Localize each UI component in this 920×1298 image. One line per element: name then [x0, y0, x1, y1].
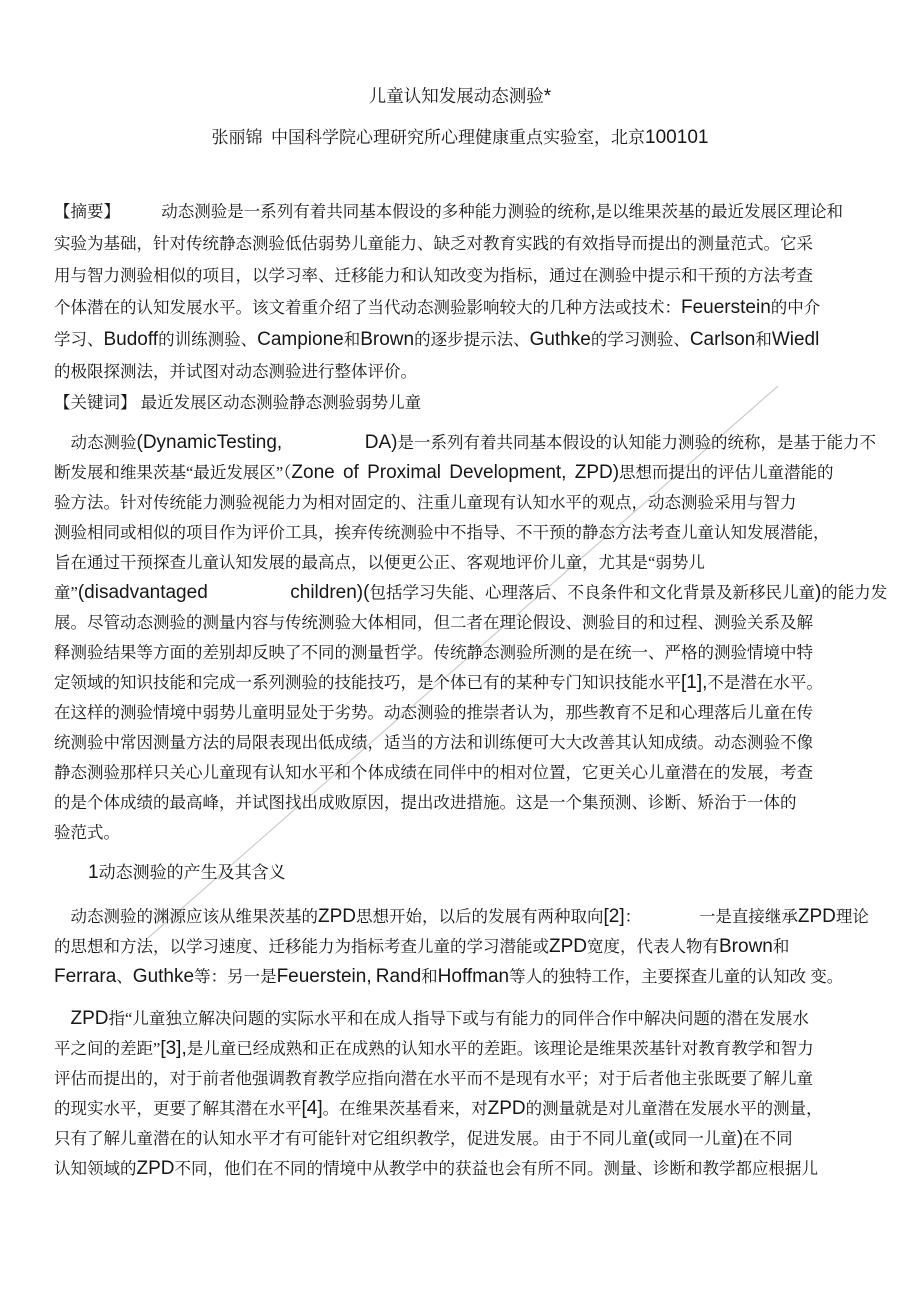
section-1-heading: 1动态测验的产生及其含义: [54, 858, 286, 888]
text-line: 释测验结果等方面的差别却反映了不同的测量哲学。传统静态测验所测的是在统一、严格的…: [54, 638, 900, 668]
section-1-paragraph-2: ZPD指“儿童独立解决问题的实际水平和在成人指导下或与有能力的同伴合作中解决问题…: [54, 1004, 900, 1184]
text-line: 断发展和维果茨基“最近发展区”（Zone of Proximal Develop…: [54, 458, 900, 488]
keywords-line: 【关键词】 最近发展区动态测验静态测验弱势儿童: [54, 388, 900, 418]
text-line: 学习、Budoff的训练测验、Campione和Brown的逐步提示法、Guth…: [54, 324, 900, 356]
section-1-paragraph-1: 动态测验的渊源应该从维果茨基的ZPD思想开始，以后的发展有两种取向[2]： 一是…: [54, 902, 900, 992]
text-line: 的思想和方法，以学习速度、迁移能力为指标考查儿童的学习潜能或ZPD宽度，代表人物…: [54, 932, 900, 962]
text-line: 统测验中常因测量方法的局限表现出低成绩，适当的方法和训练便可大大改善其认知成绩。…: [54, 728, 900, 758]
author-affiliation-line: 张丽锦 中国科学院心理研究所心理健康重点实验室，北京100101: [0, 126, 920, 150]
text-line: 动态测验的渊源应该从维果茨基的ZPD思想开始，以后的发展有两种取向[2]： 一是…: [54, 902, 900, 932]
intro-paragraph: 动态测验(DynamicTesting, DA)是一系列有着共同基本假设的认知能…: [54, 428, 900, 848]
text-line: 动态测验(DynamicTesting, DA)是一系列有着共同基本假设的认知能…: [54, 428, 900, 458]
text-line: 实验为基础，针对传统静态测验低估弱势儿童能力、缺乏对教育实践的有效指导而提出的测…: [54, 228, 900, 260]
abstract-section: 【摘要】 动态测验是一系列有着共同基本假设的多种能力测验的统称,是以维果茨基的最…: [54, 196, 900, 388]
text-line: 验范式。: [54, 818, 900, 848]
text-line: 评估而提出的，对于前者他强调教育教学应指向潜在水平而不是现有水平；对于后者他主张…: [54, 1064, 900, 1094]
text-line: 验方法。针对传统能力测验视能力为相对固定的、注重儿童现有认知水平的观点，动态测验…: [54, 488, 900, 518]
text-line: 的是个体成绩的最高峰，并试图找出成败原因，提出改进措施。这是一个集预测、诊断、矫…: [54, 788, 900, 818]
text-line: 平之间的差距”[3],是儿童已经成熟和正在成熟的认知水平的差距。该理论是维果茨基…: [54, 1034, 900, 1064]
text-line: ZPD指“儿童独立解决问题的实际水平和在成人指导下或与有能力的同伴合作中解决问题…: [54, 1004, 900, 1034]
text-line: 用与智力测验相似的项目，以学习率、迁移能力和认知改变为指标，通过在测验中提示和干…: [54, 260, 900, 292]
text-line: 的极限探测法，并试图对动态测验进行整体评价。: [54, 356, 900, 388]
text-line: Ferrara、Guthke等：另一是Feuerstein, Rand和Hoff…: [54, 962, 900, 992]
text-line: 测验相同或相似的项目作为评价工具，挨弃传统测验中不指导、不干预的静态方法考查儿童…: [54, 518, 900, 548]
text-line: 个体潜在的认知发展水平。该文着重介绍了当代动态测验影响较大的几种方法或技术：Fe…: [54, 292, 900, 324]
text-line: 在这样的测验情境中弱势儿童明显处于劣势。动态测验的推崇者认为，那些教育不足和心理…: [54, 698, 900, 728]
text-line: 童”(disadvantaged children)(包括学习失能、心理落后、不…: [54, 578, 900, 608]
text-line: 的现实水平，更要了解其潜在水平[4]。在维果茨基看来，对ZPD的测量就是对儿童潜…: [54, 1094, 900, 1124]
text-line: 展。尽管动态测验的测量内容与传统测验大体相同，但二者在理论假设、测验目的和过程、…: [54, 608, 900, 638]
text-line: 静态测验那样只关心儿童现有认知水平和个体成绩在同伴中的相对位置，它更关心儿童潜在…: [54, 758, 900, 788]
text-line: 定领域的知识技能和完成一系列测验的技能技巧，是个体已有的某种专门知识技能水平[1…: [54, 668, 900, 698]
keywords-section: 【关键词】 最近发展区动态测验静态测验弱势儿童: [54, 388, 900, 418]
document-page: 儿童认知发展动态测验* 张丽锦 中国科学院心理研究所心理健康重点实验室，北京10…: [0, 0, 920, 1298]
text-line: 认知领域的ZPD不同，他们在不同的情境中从教学中的获益也会有所不同。测量、诊断和…: [54, 1154, 900, 1184]
paper-title: 儿童认知发展动态测验*: [0, 84, 920, 109]
text-line: 旨在通过干预探查儿童认知发展的最高点，以便更公正、客观地评价儿童，尤其是“弱势儿: [54, 548, 900, 578]
text-line: 只有了解儿童潜在的认知水平才有可能针对它组织教学，促进发展。由于不同儿童(或同一…: [54, 1124, 900, 1154]
text-line: 【摘要】 动态测验是一系列有着共同基本假设的多种能力测验的统称,是以维果茨基的最…: [54, 196, 900, 228]
